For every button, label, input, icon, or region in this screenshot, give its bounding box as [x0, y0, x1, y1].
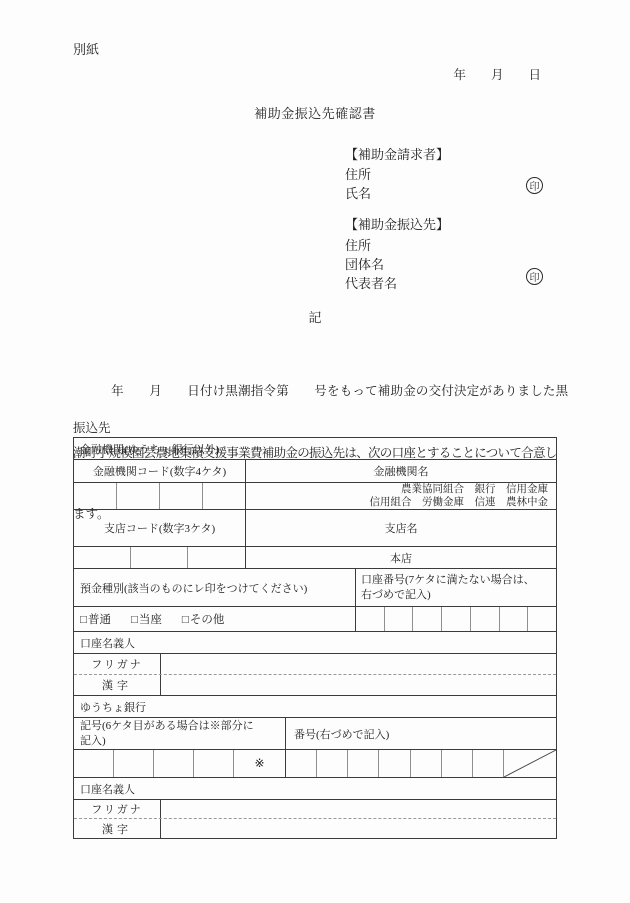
- payee-org-label: 団体名: [345, 254, 384, 273]
- bango-label: 番号(右づめで記入): [286, 718, 556, 749]
- table-row: フリガナ: [74, 654, 556, 675]
- diagonal-strike-icon: [504, 750, 556, 777]
- branch-code-digit-cell[interactable]: [188, 547, 246, 568]
- yucho-kanji-input-area[interactable]: [161, 819, 556, 838]
- payee-address-label: 住所: [345, 235, 371, 254]
- table-row: 預金種別(該当のものにレ印をつけてください) 口座番号(7ケタに満たない場合は、…: [74, 569, 556, 607]
- requester-heading: 【補助金請求者】: [345, 144, 449, 163]
- ki-marker: 記: [0, 307, 630, 326]
- transfer-account-table: 金融機関(ゆうちょ銀行以外) 金融機関コード(数字4ケタ) 金融機関名 農業協同…: [73, 437, 557, 839]
- requester-address-label: 住所: [345, 164, 371, 183]
- payee-representative-label: 代表者名: [345, 273, 397, 292]
- yucho-kanji-label: 漢字: [74, 819, 161, 838]
- bango-digit-cell[interactable]: [379, 750, 410, 777]
- table-row: ゆうちょ銀行: [74, 696, 556, 718]
- branch-code-label: 支店コード(数字3ケタ): [74, 510, 246, 546]
- bank-code-label: 金融機関コード(数字4ケタ): [74, 460, 246, 482]
- bank-code-digit-cell[interactable]: [203, 483, 246, 509]
- table-row: 記号(6ケタ目がある場合は※部分に 記入) 番号(右づめで記入): [74, 718, 556, 750]
- bank-type-line: 農業協同組合 銀行 信用金庫: [401, 483, 548, 496]
- seal-char: 印: [530, 178, 540, 193]
- kanji-label: 漢字: [74, 675, 161, 695]
- bank-section-header: 金融機関(ゆうちょ銀行以外): [74, 438, 556, 459]
- table-row: 農業協同組合 銀行 信用金庫 信用組合 労働金庫 信連 農林中金: [74, 483, 556, 510]
- account-number-label-line: 口座番号(7ケタに満たない場合は、: [361, 573, 535, 588]
- seal-char: 印: [530, 269, 540, 284]
- table-row: □普通 □当座 □その他: [74, 607, 556, 632]
- futsu-checkbox[interactable]: □: [80, 614, 87, 626]
- branch-name-label: 支店名: [246, 510, 556, 546]
- bank-name-label: 金融機関名: [246, 460, 556, 482]
- kigo-label-line: 記号(6ケタ目がある場合は※部分に: [80, 719, 254, 734]
- bango-digit-cell[interactable]: [317, 750, 348, 777]
- sonota-label: その他: [190, 614, 225, 626]
- attachment-label: 別紙: [73, 39, 99, 58]
- paragraph-line: 年 月 日付け黒潮指令第 号をもって補助金の交付決定がありました黒: [73, 381, 561, 402]
- account-number-digit-cell[interactable]: [385, 607, 414, 631]
- page-title: 補助金振込先確認書: [0, 103, 630, 122]
- kigo-label: 記号(6ケタ目がある場合は※部分に 記入): [74, 718, 286, 749]
- account-number-label: 口座番号(7ケタに満たない場合は、 右づめで記入): [356, 569, 556, 606]
- payee-heading: 【補助金振込先】: [345, 214, 449, 233]
- payee-seal-icon: 印: [526, 268, 543, 285]
- transfer-destination-label: 振込先: [73, 418, 111, 436]
- touza-label: 当座: [139, 614, 162, 626]
- account-number-digit-cell[interactable]: [356, 607, 385, 631]
- document-page: 別紙 年 月 日 補助金振込先確認書 【補助金請求者】 住所 氏名 印 【補助金…: [0, 0, 630, 903]
- deposit-option-sonota: □その他: [182, 611, 224, 627]
- kanji-input-area[interactable]: [161, 675, 556, 695]
- account-number-digit-cell[interactable]: [500, 607, 529, 631]
- table-row: 金融機関(ゆうちょ銀行以外): [74, 438, 556, 460]
- head-office-label: 本店: [246, 547, 556, 568]
- bango-digit-cell[interactable]: [286, 750, 317, 777]
- kigo-kome-cell[interactable]: ※: [234, 750, 286, 777]
- requester-seal-icon: 印: [526, 177, 543, 194]
- bango-digit-cell[interactable]: [411, 750, 442, 777]
- deposit-type-options: □普通 □当座 □その他: [74, 607, 356, 631]
- table-row: 漢字: [74, 819, 556, 838]
- deposit-option-touza: □当座: [131, 611, 162, 627]
- yucho-furigana-input-area[interactable]: [161, 800, 556, 818]
- futsu-label: 普通: [88, 614, 111, 626]
- deposit-type-label: 預金種別(該当のものにレ印をつけてください): [74, 569, 356, 606]
- deposit-option-futsu: □普通: [80, 611, 111, 627]
- account-holder-header: 口座名義人: [74, 632, 556, 653]
- account-number-digit-cell[interactable]: [528, 607, 556, 631]
- table-row: フリガナ: [74, 800, 556, 819]
- account-number-digit-cell[interactable]: [442, 607, 471, 631]
- bank-code-digit-cell[interactable]: [160, 483, 203, 509]
- branch-code-digit-cell[interactable]: [74, 547, 131, 568]
- bango-strikeout-cell: [504, 750, 556, 777]
- furigana-label: フリガナ: [74, 654, 161, 674]
- bango-digit-cell[interactable]: [442, 750, 473, 777]
- bank-type-options: 農業協同組合 銀行 信用金庫 信用組合 労働金庫 信連 農林中金: [246, 483, 556, 509]
- account-number-label-line: 右づめで記入): [361, 588, 431, 603]
- sonota-checkbox[interactable]: □: [182, 614, 189, 626]
- table-row: 本店: [74, 547, 556, 569]
- bank-code-digit-cell[interactable]: [117, 483, 160, 509]
- account-number-digit-cell[interactable]: [471, 607, 500, 631]
- table-row: 口座名義人: [74, 632, 556, 654]
- yucho-account-holder-header: 口座名義人: [74, 778, 556, 799]
- yucho-section-header: ゆうちょ銀行: [74, 696, 556, 717]
- kigo-digit-cell[interactable]: [194, 750, 234, 777]
- kigo-digit-cell[interactable]: [74, 750, 114, 777]
- account-number-digit-cell[interactable]: [413, 607, 442, 631]
- requester-name-label: 氏名: [345, 183, 371, 202]
- bango-digit-cell[interactable]: [348, 750, 379, 777]
- date-line: 年 月 日: [453, 65, 541, 83]
- yucho-furigana-label: フリガナ: [74, 800, 161, 818]
- table-row: 漢字: [74, 675, 556, 696]
- kigo-digit-cell[interactable]: [154, 750, 194, 777]
- table-row: ※: [74, 750, 556, 778]
- kigo-digit-cell[interactable]: [114, 750, 154, 777]
- bank-type-line: 信用組合 労働金庫 信連 農林中金: [370, 496, 549, 509]
- touza-checkbox[interactable]: □: [131, 614, 138, 626]
- bango-digit-cell[interactable]: [473, 750, 504, 777]
- table-row: 口座名義人: [74, 778, 556, 800]
- kigo-label-line: 記入): [80, 734, 106, 749]
- table-row: 金融機関コード(数字4ケタ) 金融機関名: [74, 460, 556, 483]
- furigana-input-area[interactable]: [161, 654, 556, 674]
- bank-code-digit-cell[interactable]: [74, 483, 117, 509]
- branch-code-digit-cell[interactable]: [131, 547, 188, 568]
- table-row: 支店コード(数字3ケタ) 支店名: [74, 510, 556, 547]
